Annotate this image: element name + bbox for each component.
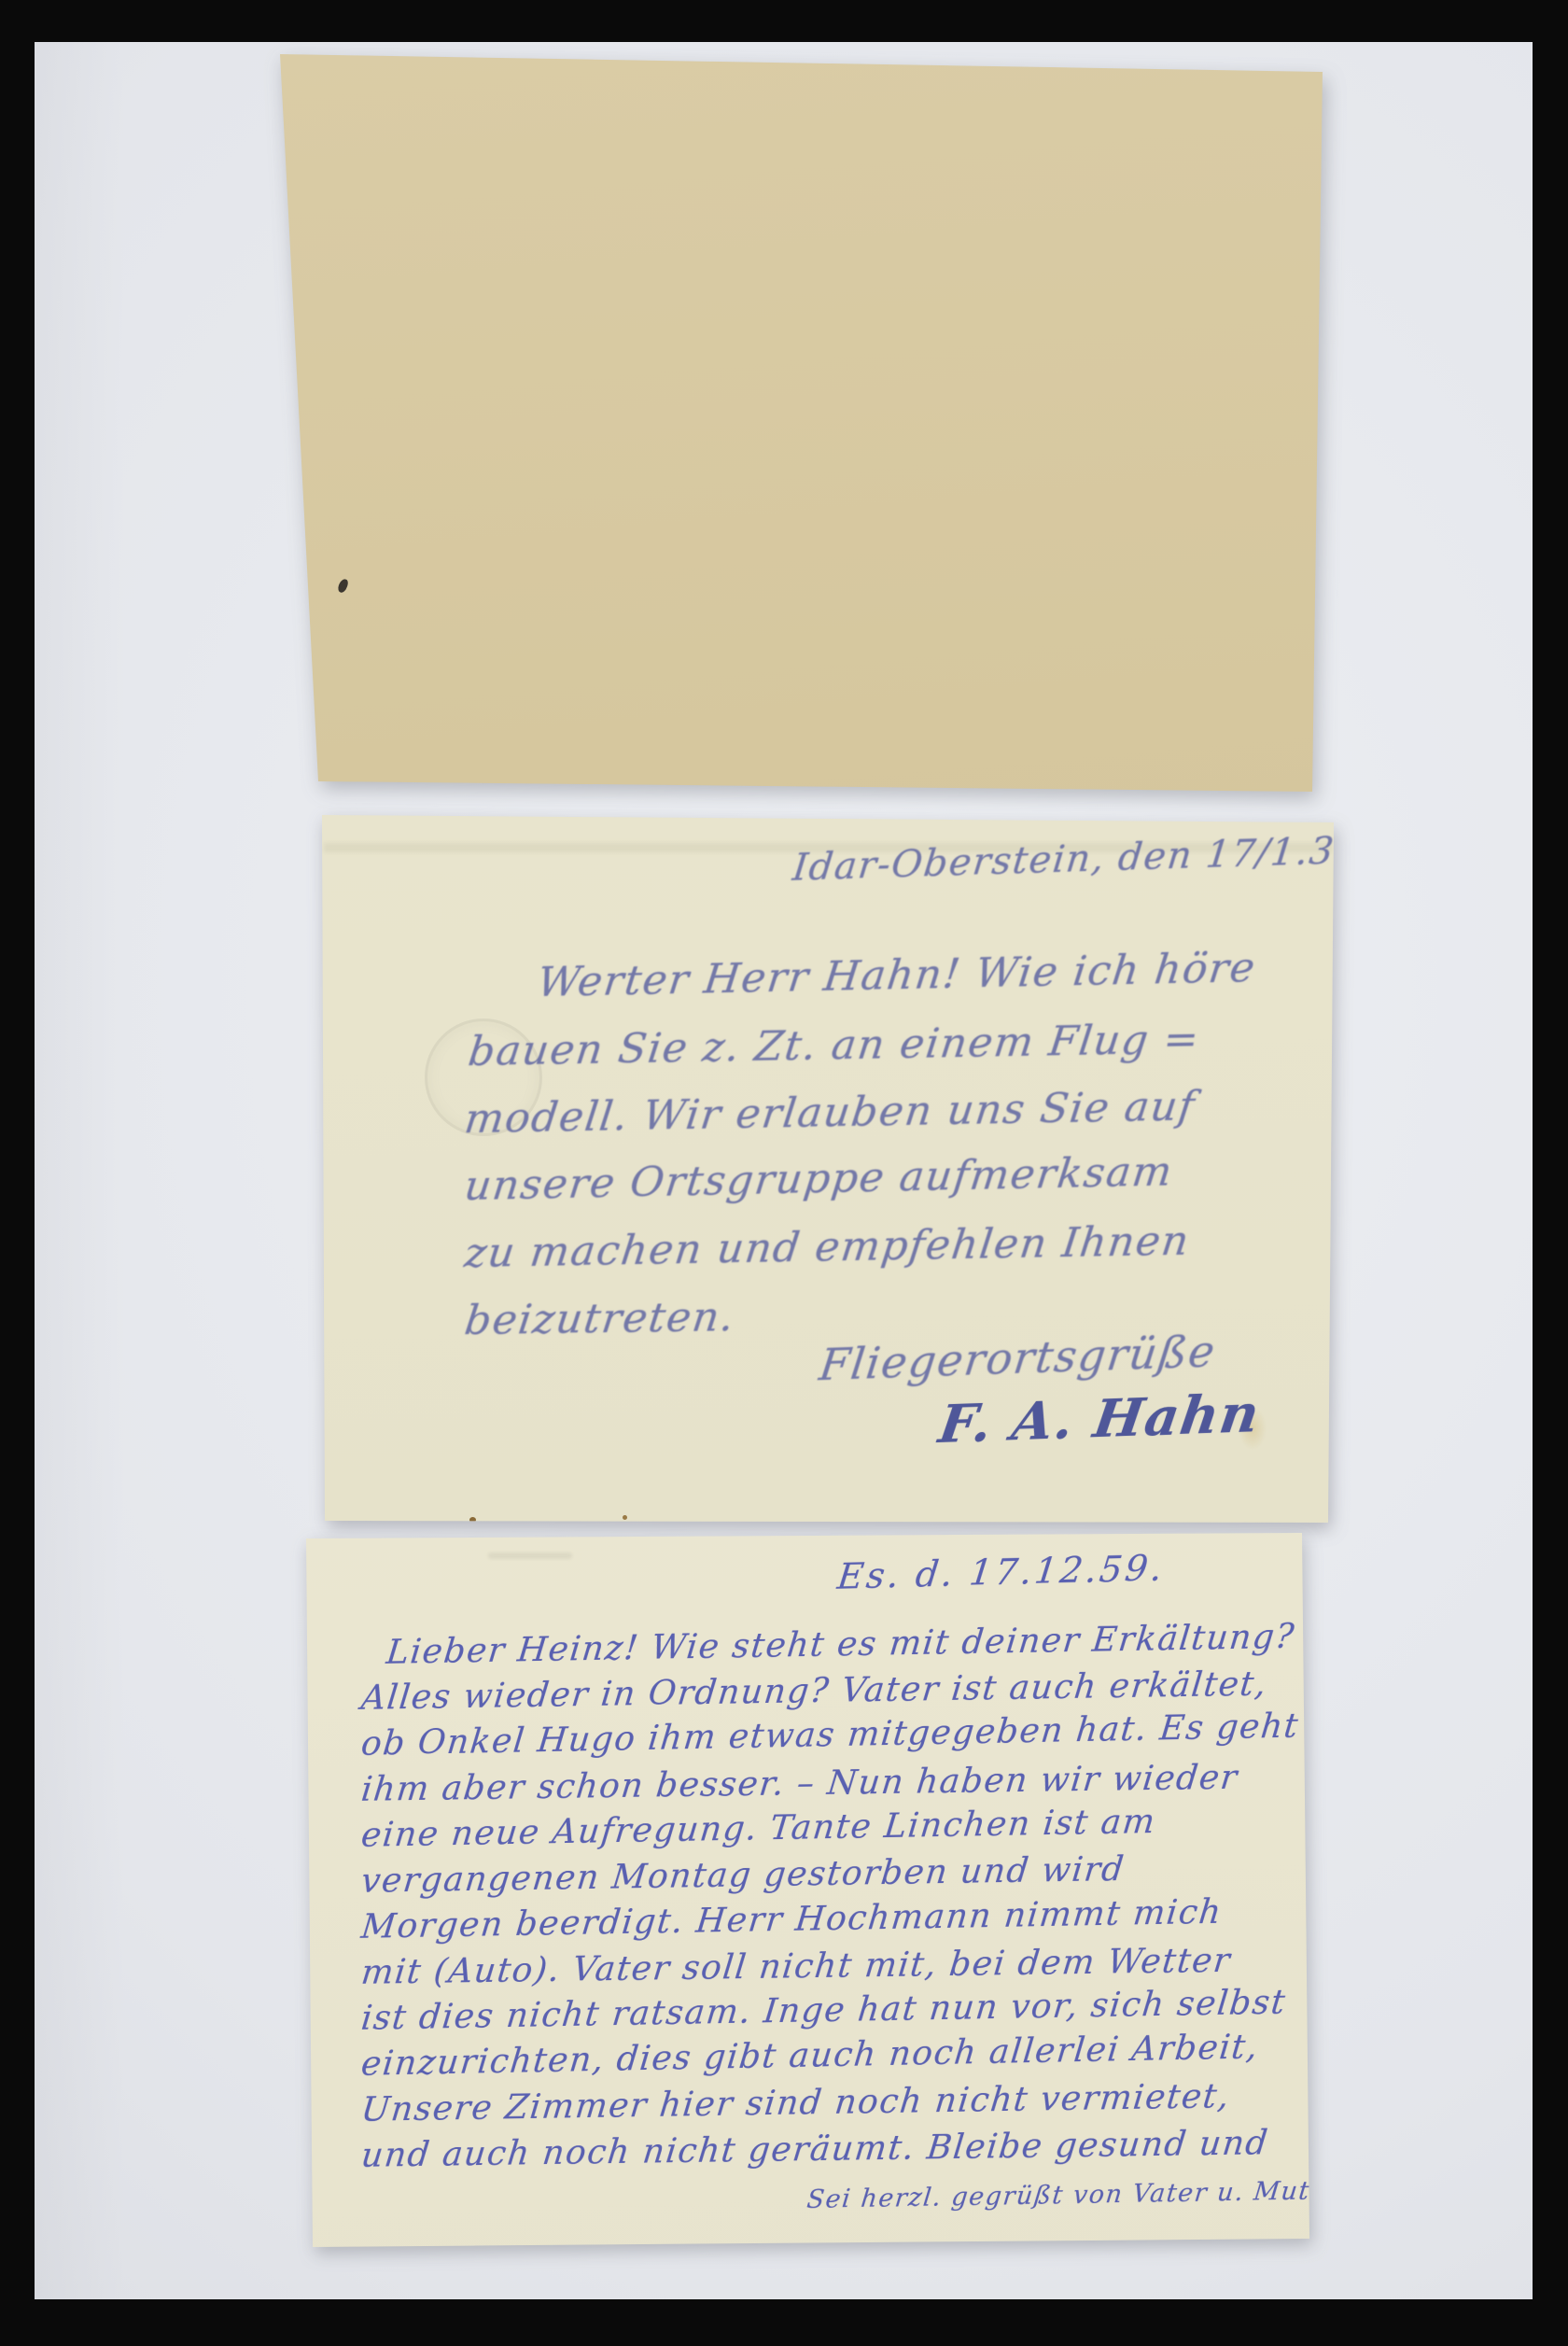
postcard-1959-wrapper: Es. d. 17.12.59. Lieber Heinz! Wie steht…: [35, 42, 1533, 2299]
handwriting-line: Unsere Zimmer hier sind noch nicht vermi…: [359, 2077, 1232, 2129]
handwriting-line: Morgen beerdigt. Herr Hochmann nimmt mic…: [359, 1893, 1224, 1946]
archive-photo-page: { "photo": { "frame_color": "#0a0a0a", "…: [0, 0, 1568, 2346]
dateline: Es. d. 17.12.59.: [835, 1548, 1167, 1597]
handwriting-line: eine neue Aufregung. Tante Linchen ist a…: [359, 1803, 1158, 1855]
embossed-mark: [488, 1552, 572, 1559]
handwriting-line: ob Onkel Hugo ihm etwas mitgegeben hat. …: [359, 1707, 1301, 1763]
handwriting-line: und auch noch nicht geräumt. Bleibe gesu…: [359, 2124, 1270, 2175]
handwriting-line: mit (Auto). Vater soll nicht mit, bei de…: [359, 1942, 1233, 1992]
handwriting-line: einzurichten, dies gibt auch noch allerl…: [359, 2029, 1261, 2084]
closing: Sei herzl. gegrüßt von Vater u. Mutter!: [805, 2176, 1365, 2214]
photo-surface: Idar-Oberstein, den 17/1.36 Werter Herr …: [35, 42, 1533, 2299]
handwriting-line: Lieber Heinz! Wie steht es mit deiner Er…: [385, 1618, 1296, 1672]
handwriting-line: vergangenen Montag gestorben und wird: [359, 1850, 1127, 1901]
postcard-1959: Es. d. 17.12.59. Lieber Heinz! Wie steht…: [35, 42, 1533, 2299]
handwriting-line: ihm aber schon besser. – Nun haben wir w…: [359, 1759, 1240, 1809]
